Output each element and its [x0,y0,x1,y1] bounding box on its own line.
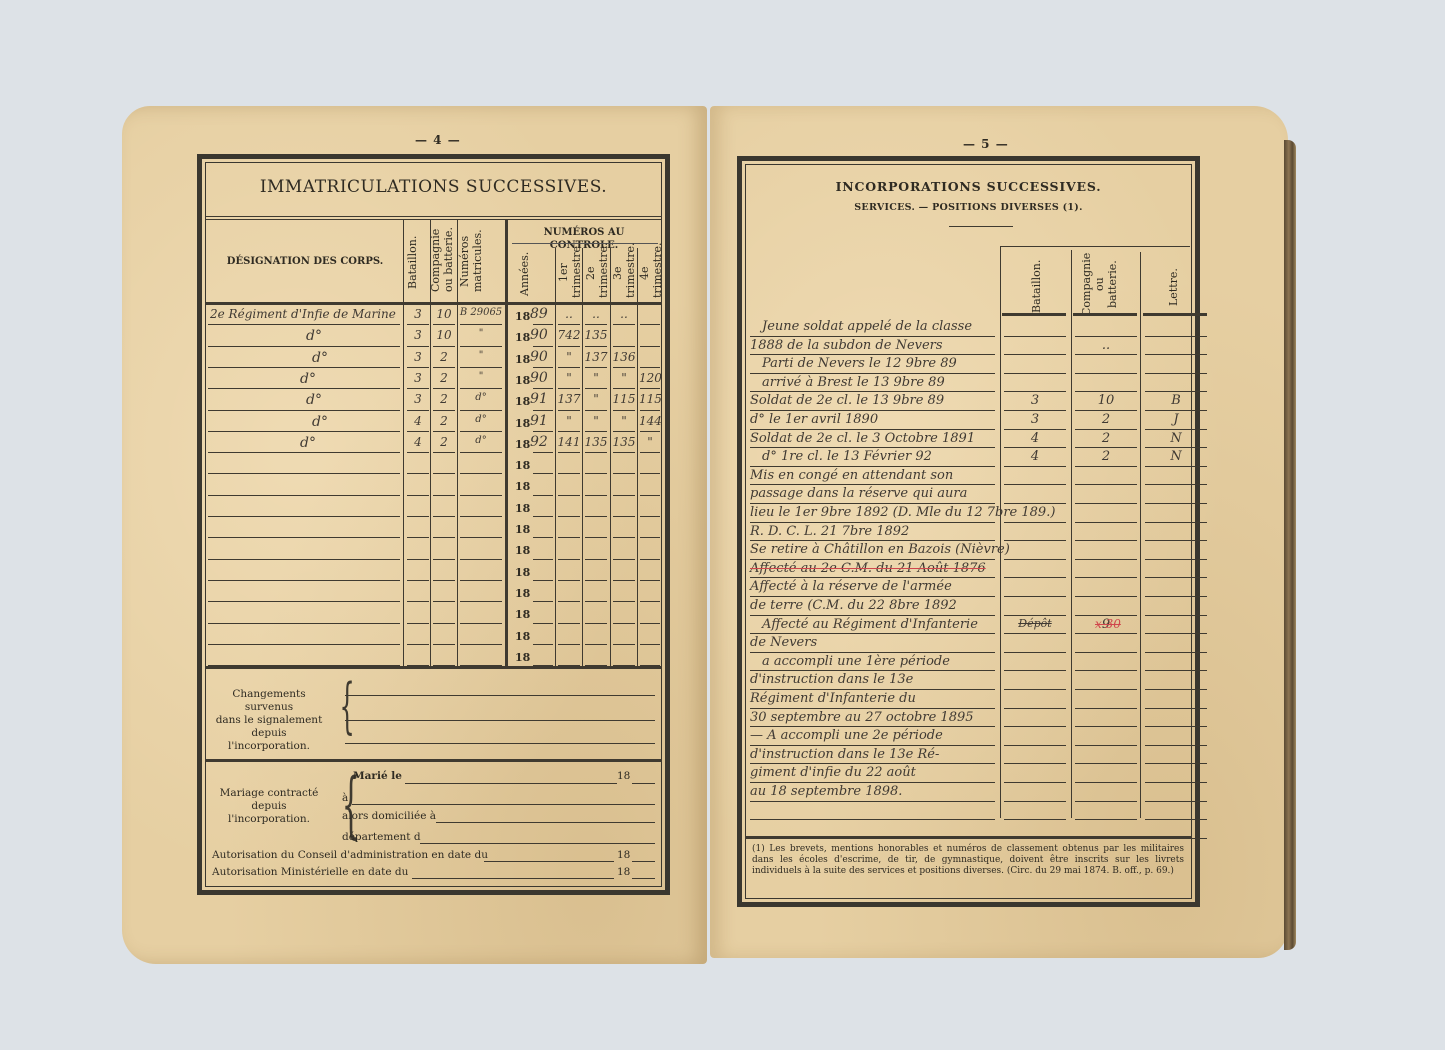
year-prefix: 18 [617,770,630,783]
row-rule [640,580,660,581]
col-divider [1000,246,1001,818]
row-rule [750,484,995,485]
row-rule [1075,522,1137,523]
t1-cell: 141 [557,435,581,449]
service-entry: Parti de Nevers le 12 9bre 89 [762,356,957,371]
t2-cell: 135 [584,435,608,449]
year-prefix: 18 [515,523,530,536]
departement-label: département d [342,831,421,844]
bataillon-cell: 3 [408,371,428,385]
bataillon-cell: 3 [408,350,428,364]
row-rule [558,601,580,602]
col-divider [505,220,508,666]
row-rule [533,452,553,453]
row-rule [1075,819,1137,820]
row-rule [1075,652,1137,653]
row-rule [558,473,580,474]
row-rule [585,537,607,538]
header-matricules: Numéros matricules. [458,226,486,296]
row-rule [460,431,502,432]
t3-cell: " [612,414,636,428]
year-prefix: 18 [515,417,530,430]
corps-cell: d° [306,328,322,344]
row-rule [1145,540,1207,541]
row-rule [460,324,502,325]
row-rule [1145,670,1207,671]
row-rule [460,601,502,602]
row-rule [585,580,607,581]
subtitle-rule [949,226,1013,227]
col-divider [582,248,583,666]
row-rule [433,495,455,496]
row-rule [433,346,455,347]
matricule-cell: d° [459,414,503,425]
row-rule [1075,745,1137,746]
row-rule [585,623,607,624]
row-rule [1145,447,1207,448]
row-rule [585,410,607,411]
row-rule [1145,354,1207,355]
row-rule [460,346,502,347]
row-rule [407,346,429,347]
footnote-rule [745,836,1191,839]
row-rule [533,367,553,368]
col-divider [1071,250,1072,818]
row-rule [1075,782,1137,783]
service-entry: d° le 1er avril 1890 [750,412,878,427]
table-bottom-rule [206,666,662,669]
row-rule [433,388,455,389]
row-rule [640,346,660,347]
row-rule [1004,447,1066,448]
row-rule [585,452,607,453]
row-rule [1075,336,1137,337]
row-rule [1004,615,1066,616]
row-rule [433,367,455,368]
service-entry: passage dans la réserve qui aura [750,486,967,501]
row-rule [640,516,660,517]
service-entry: R. D. C. L. 21 7bre 1892 [750,524,909,539]
row-rule [750,689,995,690]
header-rule [1073,313,1137,316]
year-prefix: 18 [515,438,530,451]
row-rule [1145,503,1207,504]
row-rule [533,410,553,411]
departement-field[interactable] [420,843,655,844]
row-rule [1075,726,1137,727]
matricule-cell: d° [459,392,503,403]
row-rule [750,540,995,541]
row-rule [1004,633,1066,634]
row-rule [585,388,607,389]
row-rule [750,336,995,337]
row-rule [433,410,455,411]
conseil-year-field[interactable] [632,861,655,862]
brace-icon: { [339,676,354,736]
compagnie-cell: 2 [433,435,455,449]
row-rule [640,410,660,411]
service-entry: Mis en congé en attendant son [750,468,953,483]
t1-cell: 137 [557,392,581,406]
row-rule [407,388,429,389]
row-rule [1075,615,1137,616]
row-rule [433,644,455,645]
year-prefix: 18 [515,587,530,600]
row-rule [460,580,502,581]
row-rule [433,623,455,624]
service-entry: Se retire à Châtillon en Bazois (Nièvre) [750,542,1010,557]
service-entry: 30 septembre au 27 octobre 1895 [750,710,974,725]
col-divider [1140,252,1141,818]
service-entry: au 18 septembre 1898. [750,784,902,799]
t1-cell: 742 [557,328,581,342]
row-rule [1075,503,1137,504]
marie-le-field[interactable] [405,783,617,784]
compagnie-cell: 2 [1075,431,1137,446]
header-lettre: Lettre. [1167,262,1187,312]
compagnie-cell: 10 [433,307,455,321]
header-rule [1143,313,1207,316]
right-page-number: — 5 — [963,137,1009,151]
row-rule [613,516,635,517]
divider [206,216,662,217]
row-rule [750,429,995,430]
row-rule [1075,596,1137,597]
row-rule [1004,726,1066,727]
row-rule [1004,745,1066,746]
compagnie-cell: 2 [433,371,455,385]
row-rule [1075,577,1137,578]
row-rule [1004,819,1066,820]
header-trimestre-3: 3e trimestre. [611,248,635,298]
year-prefix: 18 [515,310,530,323]
t3-cell: .. [612,307,636,321]
row-rule [1145,391,1207,392]
row-rule [558,410,580,411]
row-rule [460,367,502,368]
row-rule [533,346,553,347]
row-rule [407,367,429,368]
section-rule [206,759,662,762]
row-rule [1075,559,1137,560]
marie-year-field[interactable] [632,783,655,784]
service-entry: d'instruction dans le 13e [750,672,913,687]
row-rule [640,601,660,602]
row-rule [558,388,580,389]
row-rule [750,819,995,820]
row-rule [640,559,660,560]
row-rule [1145,652,1207,653]
header-rule [1002,313,1066,316]
row-rule [613,601,635,602]
year-prefix: 18 [515,374,530,387]
row-rule [1145,615,1207,616]
row-rule [613,388,635,389]
compagnie-cell: 2 [433,414,455,428]
row-rule [1004,354,1066,355]
service-entry: d'instruction dans le 13e Ré- [750,747,939,762]
row-rule [750,615,995,616]
header-bataillon: Bataillon. [406,228,428,296]
col-divider [430,220,431,666]
bataillon-cell: 4 [1004,431,1066,446]
compagnie-cell: 10 [1075,393,1137,408]
corps-cell: d° [312,350,328,366]
row-rule [407,580,429,581]
t3-cell: " [612,371,636,385]
row-rule [208,580,400,581]
row-rule [1145,726,1207,727]
row-rule [585,346,607,347]
row-rule [1075,429,1137,430]
row-rule [1075,354,1137,355]
row-rule [208,559,400,560]
corps-cell: 2e Régiment d'Infie de Marine [210,307,396,321]
compagnie-cell: 10 [433,328,455,342]
bataillon-cell: 3 [408,307,428,321]
year-prefix: 18 [515,459,530,472]
service-entry: Affecté au Régiment d'Infanterie [762,617,978,632]
service-entry: d° 1re cl. le 13 Février 92 [762,449,932,464]
row-rule [613,537,635,538]
row-rule [585,473,607,474]
t1-cell: " [557,371,581,385]
header-compagnie: Compagnie ou batterie. [1080,252,1122,316]
row-rule [407,537,429,538]
row-rule [208,367,400,368]
compagnie-cell: 2 [1075,412,1137,427]
autorisation-conseil-field[interactable] [484,861,614,862]
row-rule [460,495,502,496]
row-rule [585,431,607,432]
row-rule [585,324,607,325]
row-rule [407,495,429,496]
row-rule [1075,391,1137,392]
row-rule [460,473,502,474]
row-rule [1145,819,1207,820]
service-entry: Affecté à la réserve de l'armée [750,579,952,594]
corps-cell: d° [306,392,322,408]
row-rule [208,431,400,432]
compagnie-cell: 2 [433,392,455,406]
page-edges [1284,140,1296,950]
signalement-line-2[interactable] [345,720,655,721]
row-rule [750,522,995,523]
row-rule [1145,373,1207,374]
divider [206,219,662,220]
row-rule [533,537,553,538]
row-rule [1075,689,1137,690]
row-rule [750,391,995,392]
row-rule [585,559,607,560]
row-rule [750,708,995,709]
row-rule [750,763,995,764]
header-top-rule [1000,246,1190,247]
bataillon-cell: 3 [408,328,428,342]
row-rule [613,346,635,347]
bataillon-cell: 4 [408,414,428,428]
annee-cell: 90 [530,370,548,386]
row-rule [1145,745,1207,746]
row-rule [1004,503,1066,504]
year-prefix: 18 [515,331,530,344]
row-rule [407,601,429,602]
row-rule [750,670,995,671]
row-rule [460,537,502,538]
row-rule [613,559,635,560]
row-rule [533,516,553,517]
row-rule [1004,782,1066,783]
row-rule [1145,410,1207,411]
matricule-cell: " [459,371,503,382]
header-bataillon: Bataillon. [1030,256,1050,316]
row-rule [585,601,607,602]
corps-cell: d° [312,414,328,430]
row-rule [460,410,502,411]
row-rule [1004,540,1066,541]
corps-cell: d° [300,435,316,451]
row-rule [585,367,607,368]
row-rule [1004,429,1066,430]
service-entry: arrivé à Brest le 13 9bre 89 [762,375,945,390]
bataillon-cell: 4 [1004,449,1066,464]
row-rule [208,495,400,496]
row-rule [208,516,400,517]
row-rule [558,431,580,432]
autorisation-ministerielle-field[interactable] [412,878,614,879]
row-rule [558,495,580,496]
header-trimestre-1: 1er trimestre. [557,248,581,298]
signalement-line-3[interactable] [345,743,655,744]
row-rule [558,559,580,560]
row-rule [208,644,400,645]
row-rule [460,388,502,389]
row-rule [1004,763,1066,764]
row-rule [640,431,660,432]
row-rule [1004,559,1066,560]
left-page-number: — 4 — [415,133,461,147]
row-rule [613,644,635,645]
header-bottom-rule [206,302,662,305]
footnote: (1) Les brevets, mentions honorables et … [752,844,1184,877]
row-rule [1145,801,1207,802]
service-entry: Soldat de 2e cl. le 3 Octobre 1891 [750,431,975,446]
service-entry: giment d'infie du 22 août [750,765,916,780]
t3-cell: 135 [612,435,636,449]
row-rule [407,431,429,432]
header-designation: DÉSIGNATION DES CORPS. [215,255,395,268]
row-rule [1075,484,1137,485]
t4-cell: 120 [639,371,661,385]
lettre-cell: N [1145,431,1207,446]
bataillon-cell: 3 [408,392,428,406]
row-rule [1004,466,1066,467]
row-rule [460,623,502,624]
row-rule [640,324,660,325]
col-divider [457,220,458,666]
t1-cell: " [557,414,581,428]
row-rule [750,633,995,634]
row-rule [640,388,660,389]
row-rule [585,644,607,645]
t2-cell: .. [584,307,608,321]
row-rule [433,431,455,432]
row-rule [750,577,995,578]
year-prefix: 18 [515,566,530,579]
service-entry: de Nevers [750,635,817,650]
row-rule [558,346,580,347]
row-rule [1145,577,1207,578]
t2-cell: " [584,414,608,428]
red-annotation: x 30 [1095,617,1121,631]
row-rule [208,388,400,389]
row-rule [533,324,553,325]
row-rule [1145,782,1207,783]
row-rule [1145,466,1207,467]
row-rule [433,601,455,602]
t4-cell: " [639,435,661,449]
row-rule [208,346,400,347]
row-rule [1004,801,1066,802]
row-rule [407,516,429,517]
col-divider [610,248,611,666]
col-divider [555,248,556,666]
row-rule [533,559,553,560]
year-prefix: 18 [515,608,530,621]
lieu-field[interactable] [352,804,655,805]
row-rule [640,367,660,368]
row-rule [640,644,660,645]
row-rule [1075,633,1137,634]
ministerielle-year-field[interactable] [632,878,655,879]
header-compagnie: Compagnie ou batterie. [429,224,455,296]
domiciliee-field[interactable] [436,822,655,823]
signalement-label: Changements survenus dans le signalement… [214,688,324,753]
bataillon-cell: Dépôt [1004,617,1066,630]
t4-cell: 115 [639,392,661,406]
annee-cell: 91 [530,413,548,429]
t2-cell: 135 [584,328,608,342]
year-prefix: 18 [515,502,530,515]
signalement-line-1[interactable] [345,695,655,696]
row-rule [433,452,455,453]
compagnie-cell: 2 [433,350,455,364]
row-rule [407,623,429,624]
row-rule [1004,652,1066,653]
row-rule [460,644,502,645]
row-rule [558,516,580,517]
row-rule [585,495,607,496]
row-rule [750,782,995,783]
row-rule [613,580,635,581]
row-rule [460,559,502,560]
row-rule [585,516,607,517]
row-rule [640,452,660,453]
row-rule [433,537,455,538]
row-rule [1075,373,1137,374]
t2-cell: 137 [584,350,608,364]
row-rule [750,410,995,411]
row-rule [1004,373,1066,374]
annee-cell: 90 [530,349,548,365]
row-rule [1004,689,1066,690]
row-rule [558,367,580,368]
row-rule [613,410,635,411]
lettre-cell: J [1145,412,1207,427]
row-rule [1145,689,1207,690]
year-prefix: 18 [515,630,530,643]
annee-cell: 89 [530,306,548,322]
